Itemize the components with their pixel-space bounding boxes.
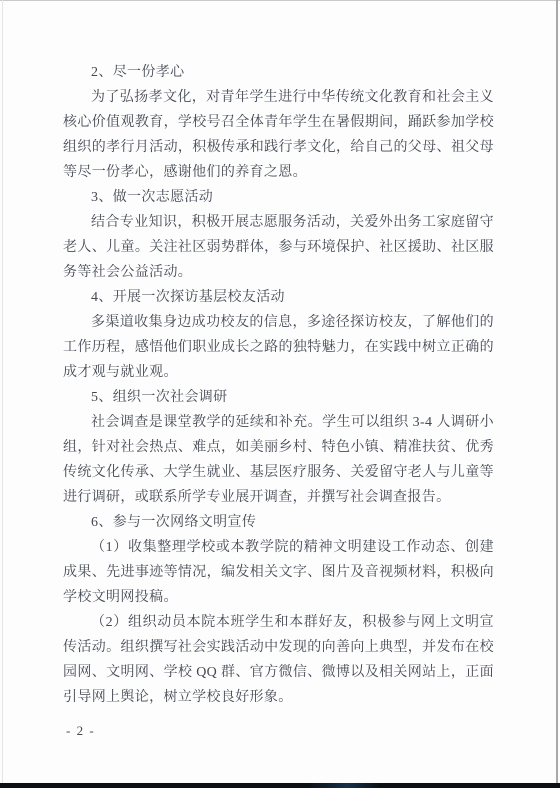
page-content: 2、尽一份孝心 为了弘扬孝文化，对青年学生进行中华传统文化教育和社会主义核心价值… (63, 60, 494, 710)
page-number: - 2 - (66, 718, 95, 743)
scan-edge-top (0, 0, 560, 1)
section-heading-3: 3、做一次志愿活动 (63, 185, 494, 210)
paragraph: （1）收集整理学校或本教学院的精神文明建设工作动态、创建成果、先进事迹等情况，编… (63, 535, 494, 610)
paragraph: （2）组织动员本院本班学生和本群好友，积极参与网上文明宣传活动。组织撰写社会实践… (63, 610, 494, 710)
scan-edge-right (556, 0, 558, 788)
scan-edge-left (2, 0, 3, 788)
document-page: 2、尽一份孝心 为了弘扬孝文化，对青年学生进行中华传统文化教育和社会主义核心价值… (0, 0, 560, 788)
section-heading-4: 4、开展一次探访基层校友活动 (63, 285, 494, 310)
paragraph: 结合专业知识，积极开展志愿服务活动，关爱外出务工家庭留守老人、儿童。关注社区弱势… (63, 210, 494, 285)
paragraph: 为了弘扬孝文化，对青年学生进行中华传统文化教育和社会主义核心价值观教育，学校号召… (63, 85, 494, 185)
scanner-bar-bottom (0, 783, 560, 788)
section-heading-6: 6、参与一次网络文明宣传 (63, 510, 494, 535)
paragraph: 多渠道收集身边成功校友的信息，多途径探访校友，了解他们的工作历程，感悟他们职业成… (63, 310, 494, 385)
section-heading-2: 2、尽一份孝心 (63, 60, 494, 85)
section-heading-5: 5、组织一次社会调研 (63, 385, 494, 410)
paragraph: 社会调查是课堂教学的延续和补充。学生可以组织 3-4 人调研小组，针对社会热点、… (63, 410, 494, 510)
